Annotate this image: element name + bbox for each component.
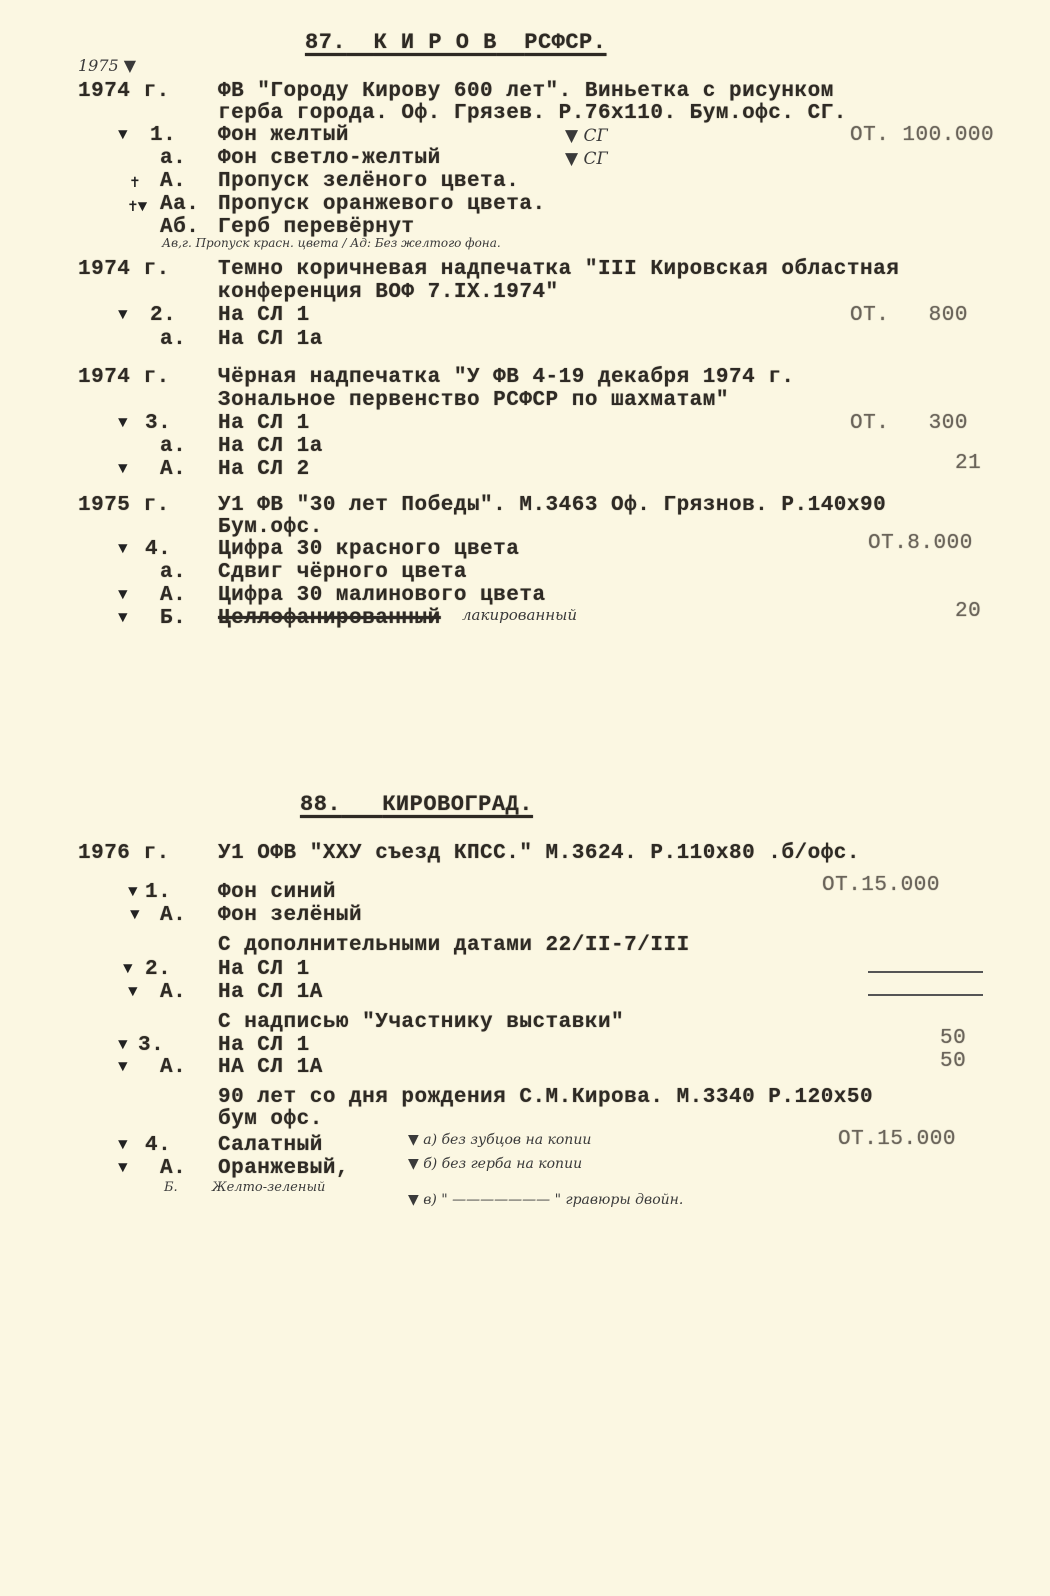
subhead: С дополнительными датами 22/II-7/III <box>218 934 690 957</box>
item-text: Цифра 30 красного цвета <box>218 538 519 561</box>
entry-year: 1974 г. <box>78 366 170 389</box>
handwritten-note: ▼ в) " ——————— " гравюры двойн. <box>408 1192 683 1208</box>
item-text: На СЛ 1а <box>218 328 323 351</box>
triangle-mark-icon: ▼ <box>118 414 128 432</box>
triangle-mark-icon: ▼ <box>118 586 128 604</box>
item-text: Фон зелёный <box>218 904 362 927</box>
triangle-mark-icon: ▼ <box>118 540 128 558</box>
subhead: С надписью "Участнику выставки" <box>218 1011 624 1034</box>
item-text: На СЛ 1 <box>218 412 310 435</box>
item-text-struck: Целлофанированный <box>218 607 441 630</box>
item-text: На СЛ 1а <box>218 435 323 458</box>
entry-description: конференция ВОФ 7.IX.1974" <box>218 281 559 304</box>
triangle-mark-icon: ▼ <box>118 1036 128 1054</box>
item-text: На СЛ 1 <box>218 1034 310 1057</box>
margin-note: 1975 ▼ <box>78 56 136 75</box>
item-code: 2. <box>145 958 171 981</box>
entry-year: 1975 г. <box>78 494 170 517</box>
triangle-mark-icon: ▼ <box>118 1136 128 1154</box>
item-note: ▼ СГ <box>565 149 608 169</box>
entry-description: У1 ФВ "30 лет Победы". М.3463 Оф. Грязно… <box>218 494 886 517</box>
item-code: Аа. <box>160 193 199 216</box>
handwritten-note: ▼ б) без герба на копии <box>408 1156 582 1172</box>
item-text: На СЛ 2 <box>218 458 310 481</box>
item-code: а. <box>160 328 186 351</box>
item-code: А. <box>160 1056 186 1079</box>
entry-year: 1974 г. <box>78 80 170 103</box>
handwritten-correction: лакированный <box>462 606 577 624</box>
item-text-handwritten: Желто-зеленый <box>212 1180 325 1195</box>
item-value: ОТ. 800 <box>850 304 968 327</box>
item-text: Пропуск зелёного цвета. <box>218 170 519 193</box>
cross-triangle-mark-icon: ✝▼ <box>128 196 147 216</box>
item-note: ▼ СГ <box>565 126 608 146</box>
triangle-mark-icon: ▼ <box>118 306 128 324</box>
item-value: ОТ.15.000 <box>822 874 940 897</box>
item-code: 1. <box>150 124 176 147</box>
item-value: ОТ.15.000 <box>838 1128 956 1151</box>
item-code: А. <box>160 170 186 193</box>
item-text: Сдвиг чёрного цвета <box>218 561 467 584</box>
item-value: 21 <box>955 452 981 475</box>
entry-description: ФВ "Городу Кирову 600 лет". Виньетка с р… <box>218 80 834 103</box>
item-code: А. <box>160 981 186 1004</box>
subhead: бум офс. <box>218 1108 323 1131</box>
item-code: Б. <box>160 607 186 630</box>
item-code: Б. <box>164 1180 178 1195</box>
item-code: 2. <box>150 304 176 327</box>
section-87-title: 87. К И Р О В РСФСР. <box>305 30 606 55</box>
triangle-mark-icon: ▼ <box>128 883 138 901</box>
subhead: 90 лет со дня рождения С.М.Кирова. М.334… <box>218 1086 873 1109</box>
entry-description: У1 ОФВ "XXУ съезд КПСС." М.3624. Р.110х8… <box>218 842 860 865</box>
value-dash <box>868 971 983 973</box>
item-text: На СЛ 1 <box>218 304 310 327</box>
section-88-title: 88. КИРОВОГРАД. <box>300 792 533 817</box>
triangle-mark-icon: ▼ <box>118 1058 128 1076</box>
triangle-mark-icon: ▼ <box>123 960 133 978</box>
entry-year: 1974 г. <box>78 258 170 281</box>
entry-description: герба города. Оф. Грязев. Р.76х110. Бум.… <box>218 102 847 125</box>
item-text: Цифра 30 малинового цвета <box>218 584 546 607</box>
item-value: 20 <box>955 600 981 623</box>
item-code: А. <box>160 458 186 481</box>
triangle-mark-icon: ▼ <box>118 460 128 478</box>
item-text: НА СЛ 1А <box>218 1056 323 1079</box>
item-text: На СЛ 1А <box>218 981 323 1004</box>
item-text: Пропуск оранжевого цвета. <box>218 193 546 216</box>
item-text: Фон светло-желтый <box>218 147 441 170</box>
entry-description: Темно коричневая надпечатка "III Кировск… <box>218 258 899 281</box>
item-code: 4. <box>145 538 171 561</box>
item-code: А. <box>160 584 186 607</box>
item-code: а. <box>160 435 186 458</box>
item-value: ОТ. 100.000 <box>850 124 994 147</box>
item-code: А. <box>160 904 186 927</box>
item-code: 3. <box>138 1034 164 1057</box>
item-text: Фон синий <box>218 881 336 904</box>
item-value: ОТ.8.000 <box>868 532 973 555</box>
triangle-mark-icon: ▼ <box>118 126 128 144</box>
item-code: 4. <box>145 1134 171 1157</box>
item-text: Фон желтый <box>218 124 349 147</box>
document-page: 87. К И Р О В РСФСР. 1975 ▼ 1974 г. ФВ "… <box>0 0 1050 1596</box>
value-dash <box>868 994 983 996</box>
item-value: ОТ. 300 <box>850 412 968 435</box>
item-code: 1. <box>145 881 171 904</box>
item-code: А. <box>160 1157 186 1180</box>
cross-mark-icon: ✝ <box>130 172 140 192</box>
triangle-mark-icon: ▼ <box>128 983 138 1001</box>
entry-description: Чёрная надпечатка "У ФВ 4-19 декабря 197… <box>218 366 795 389</box>
item-text: Оранжевый, <box>218 1157 349 1180</box>
handwritten-note: Ав,г. Пропуск красн. цвета / Ад: Без жел… <box>162 236 501 250</box>
item-text: На СЛ 1 <box>218 958 310 981</box>
triangle-mark-icon: ▼ <box>130 906 140 924</box>
item-value: 50 <box>940 1027 966 1050</box>
item-value: 50 <box>940 1050 966 1073</box>
entry-year: 1976 г. <box>78 842 170 865</box>
item-code: 3. <box>145 412 171 435</box>
item-code: а. <box>160 561 186 584</box>
triangle-mark-icon: ▼ <box>118 609 128 627</box>
item-code: а. <box>160 147 186 170</box>
entry-description: Зональное первенство РСФСР по шахматам" <box>218 389 729 412</box>
handwritten-note: ▼ а) без зубцов на копии <box>408 1132 591 1148</box>
entry-description: Бум.офс. <box>218 516 323 539</box>
item-text: Салатный <box>218 1134 323 1157</box>
triangle-mark-icon: ▼ <box>118 1159 128 1177</box>
